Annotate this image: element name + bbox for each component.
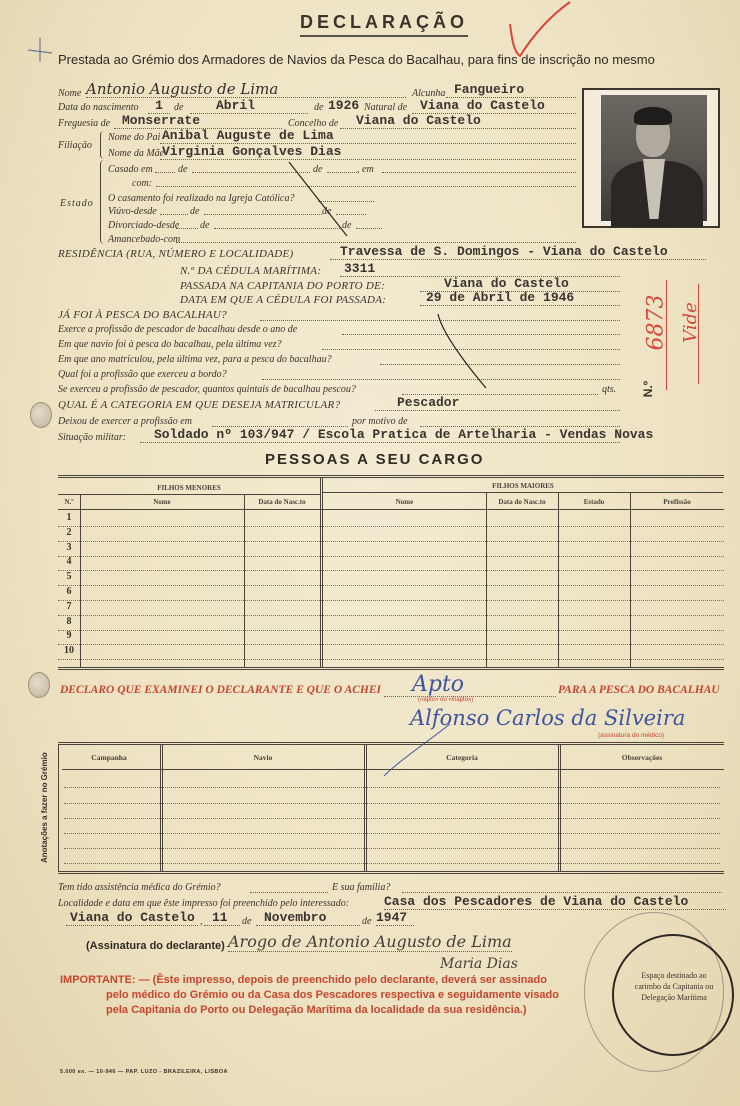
table-row[interactable]: 9 (58, 630, 724, 645)
alcunha-field[interactable]: Fangueiro (446, 82, 576, 98)
ano-field[interactable]: 1947 (376, 910, 414, 926)
declaro-label: DECLARO QUE EXAMINEI O DECLARANTE E QUE … (60, 684, 381, 696)
filhos-menores-header: FILHOS MENORES (58, 484, 320, 492)
freguesia-label: Freguesia de (58, 118, 110, 129)
familia-label: E sua família? (332, 882, 390, 893)
igreja-label: O casamento foi realizado na Igreja Cató… (108, 193, 294, 204)
strike-line-icon (285, 160, 355, 240)
quintais-label: Se exerceu a profissão de pescador, quan… (58, 384, 356, 395)
filiacao-brace (100, 131, 104, 159)
natural-field[interactable]: Viana do Castelo (412, 98, 576, 114)
applicant-photo (598, 92, 710, 224)
viuvo-label: Viúvo-desde (108, 206, 157, 217)
medico-signature-hint: (assinatura do médico) (598, 732, 664, 739)
importante-line-1: IMPORTANTE: — (Êste impresso, depois de … (60, 974, 547, 986)
row-number: 7 (58, 601, 80, 612)
nascimento-month-field[interactable]: Abril (190, 98, 308, 114)
qts-label: qts. (602, 384, 616, 395)
desde-ano-label: Exerce a profissão de pescador de bacalh… (58, 324, 297, 335)
col-data-nasc: Data do Nasc.to (244, 498, 320, 506)
row-number: 2 (58, 527, 80, 538)
dependents-title: PESSOAS A SEU CARGO (265, 451, 484, 468)
mae-label: Nome da Mãe (108, 148, 164, 159)
col-observacoes: Observações (560, 753, 724, 762)
pai-field[interactable]: Anibal Auguste de Lima (160, 128, 576, 144)
row-number: 10 (58, 645, 80, 656)
col-categoria: Categoria (366, 753, 558, 762)
table-row[interactable]: 10 (58, 645, 724, 660)
motivo-label: por motivo de (352, 416, 408, 427)
profissao-bordo-label: Qual foi a profissão que exerceu a bordo… (58, 369, 227, 380)
declarante-signature[interactable]: Arogo de Antonio Augusto de Lima (228, 932, 512, 952)
importante-line-3: pela Capitania do Porto ou Delegação Mar… (106, 1004, 527, 1016)
localidade-label: Localidade e data em que êste impresso f… (58, 898, 349, 909)
de-label: de (178, 164, 187, 175)
ano-matricula-field[interactable] (380, 364, 620, 365)
militar-field[interactable]: Soldado nº 103/947 / Escola Pratica de A… (140, 427, 620, 443)
punch-hole (28, 672, 50, 698)
table-row[interactable]: 7 (58, 601, 724, 616)
divorciado-year-field[interactable] (356, 228, 382, 229)
mae-field[interactable]: Virginia Gonçalves Dias (160, 144, 576, 160)
amancebado-label: Amancebado-com (108, 234, 180, 245)
page-title: DECLARAÇÃO (300, 12, 468, 37)
estado-brace (100, 160, 104, 244)
col-campanha: Campanha (58, 753, 160, 762)
cedula-field[interactable]: 3311 (340, 261, 620, 277)
row-number: 5 (58, 571, 80, 582)
divorciado-label: Divorciado-desde (108, 220, 179, 231)
table-row[interactable]: 1 (58, 512, 724, 527)
com-field[interactable] (156, 186, 576, 187)
estado-label: Estado (60, 198, 94, 209)
de-label: de (200, 220, 209, 231)
col-numero: N.º (58, 498, 80, 506)
comma-label: , (200, 916, 203, 927)
residencia-label: RESIDÊNCIA (RUA, NÚMERO E LOCALIDADE) (58, 248, 293, 260)
row-number: 8 (58, 616, 80, 627)
registration-number: 6873 (644, 295, 669, 351)
de-label: de (314, 102, 323, 113)
row-number: 4 (58, 556, 80, 567)
filhos-maiores-header: FILHOS MAIORES (323, 482, 723, 490)
col-data-nasc-maiores: Data do Nasc.to (486, 498, 558, 506)
table-row[interactable]: 2 (58, 527, 724, 542)
nome-field[interactable]: Antonio Augusto de Lima (86, 80, 406, 98)
col-estado: Estado (558, 498, 630, 506)
row-number: 6 (58, 586, 80, 597)
anotacoes-table: Anotações a fazer no Grémio Campanha Nav… (58, 742, 724, 874)
anotacoes-side-label: Anotações a fazer no Grémio (40, 733, 49, 863)
pai-label: Nome do Pai (108, 132, 160, 143)
cidade-field[interactable]: Viana do Castelo (66, 910, 198, 926)
em-label: , em (357, 164, 374, 175)
deixou-label: Deixou de exercer a profissão em (58, 416, 192, 427)
familia-field[interactable] (402, 892, 722, 893)
assinatura-label: (Assinatura do declarante) (86, 940, 225, 952)
dependents-rows: 1 2 3 4 5 6 7 8 9 10 (58, 512, 724, 660)
de-label: de (362, 916, 371, 927)
dependents-table: FILHOS MENORES FILHOS MAIORES N.º Nome D… (58, 475, 724, 670)
concelho-field[interactable]: Viana do Castelo (340, 113, 576, 129)
de-label: de (242, 916, 251, 927)
row-number: 1 (58, 512, 80, 523)
pencil-cross-mark-icon (26, 36, 54, 64)
data-cedula-field[interactable]: 29 de Abril de 1946 (420, 290, 620, 306)
table-row[interactable]: 6 (58, 586, 724, 601)
col-nome-maiores: Nome (323, 498, 486, 506)
ano-matricula-label: Em que ano matriculou, pela última vez, … (58, 354, 332, 365)
printer-imprint: 5.000 ex. — 10-946 — PAP. LUZO - BRAZILE… (60, 1069, 228, 1075)
viuvo-day-field[interactable] (160, 214, 188, 215)
apto-hint: («apto» ou «inapto») (418, 697, 473, 703)
filiacao-label: Filiação (58, 140, 92, 151)
punch-hole (30, 402, 52, 428)
apto-field[interactable]: Apto (412, 672, 464, 697)
localidade-field[interactable]: Casa dos Pescadores de Viana do Castelo (384, 894, 726, 910)
col-navio: Navio (162, 753, 364, 762)
margin-registration-note: N.º 6873 Vide (636, 270, 726, 400)
table-row[interactable]: 4 (58, 556, 724, 571)
nascimento-year-field[interactable]: 1926 (328, 98, 364, 114)
cedula-label: N.º DA CÉDULA MARÍTIMA: (180, 265, 321, 277)
freguesia-field[interactable]: Monserrate (114, 113, 282, 129)
assistencia-label: Tem tido assistência médica do Grémio? (58, 882, 221, 893)
row-number: 3 (58, 542, 80, 553)
casado-em-label: Casado em (108, 164, 153, 175)
capitania-label: PASSADA NA CAPITANIA DO PORTO DE: (180, 280, 385, 292)
dia-field[interactable]: 11 (204, 910, 240, 926)
table-row[interactable]: 8 (58, 616, 724, 631)
divorciado-day-field[interactable] (176, 228, 198, 229)
militar-label: Situação militar: (58, 432, 126, 443)
importante-line-2: pelo médico do Grémio ou da Casa dos Pes… (106, 989, 559, 1001)
stamp-text: Espaço destinado ao carimbo da Capitania… (628, 970, 720, 1003)
number-label: N.º (641, 381, 655, 397)
data-cedula-label: DATA EM QUE A CÉDULA FOI PASSADA: (180, 294, 386, 306)
nascimento-day-field[interactable]: 1 (148, 98, 170, 114)
de-label: de (190, 206, 199, 217)
assistencia-field[interactable] (250, 892, 328, 893)
de-label: de (174, 102, 183, 113)
red-line (666, 280, 667, 390)
navio-label: Em que navio foi à pesca do bacalhau, pe… (58, 339, 282, 350)
com-label: com: (132, 178, 152, 189)
table-row[interactable]: 5 (58, 571, 724, 586)
table-row[interactable]: 3 (58, 542, 724, 557)
declarante-signature-2: Maria Dias (440, 956, 518, 972)
col-nome: Nome (80, 498, 244, 506)
para-pesca-label: PARA A PESCA DO BACALHAU (558, 684, 720, 696)
mes-field[interactable]: Novembro (256, 910, 360, 926)
casado-local-field[interactable] (382, 172, 576, 173)
nome-label: Nome (58, 88, 81, 99)
categoria-label: QUAL É A CATEGORIA EM QUE DESEJA MATRICU… (58, 399, 340, 411)
document-page: DECLARAÇÃO Prestada ao Grémio dos Armado… (0, 0, 740, 1106)
red-line (698, 284, 699, 384)
ja-foi-label: JÁ FOI À PESCA DO BACALHAU? (58, 309, 227, 321)
residencia-field[interactable]: Travessa de S. Domingos - Viana do Caste… (330, 244, 706, 260)
amancebado-field[interactable] (176, 242, 576, 243)
categoria-field[interactable]: Pescador (375, 395, 620, 411)
page-subtitle: Prestada ao Grémio dos Armadores de Navi… (58, 52, 655, 67)
row-number: 9 (58, 630, 80, 641)
casado-day-field[interactable] (155, 172, 175, 173)
nascimento-label: Data do nascimento (58, 102, 139, 113)
col-profissao: Profissão (630, 498, 724, 506)
strike-line-icon (434, 312, 494, 392)
natural-label: Natural de (364, 102, 407, 113)
